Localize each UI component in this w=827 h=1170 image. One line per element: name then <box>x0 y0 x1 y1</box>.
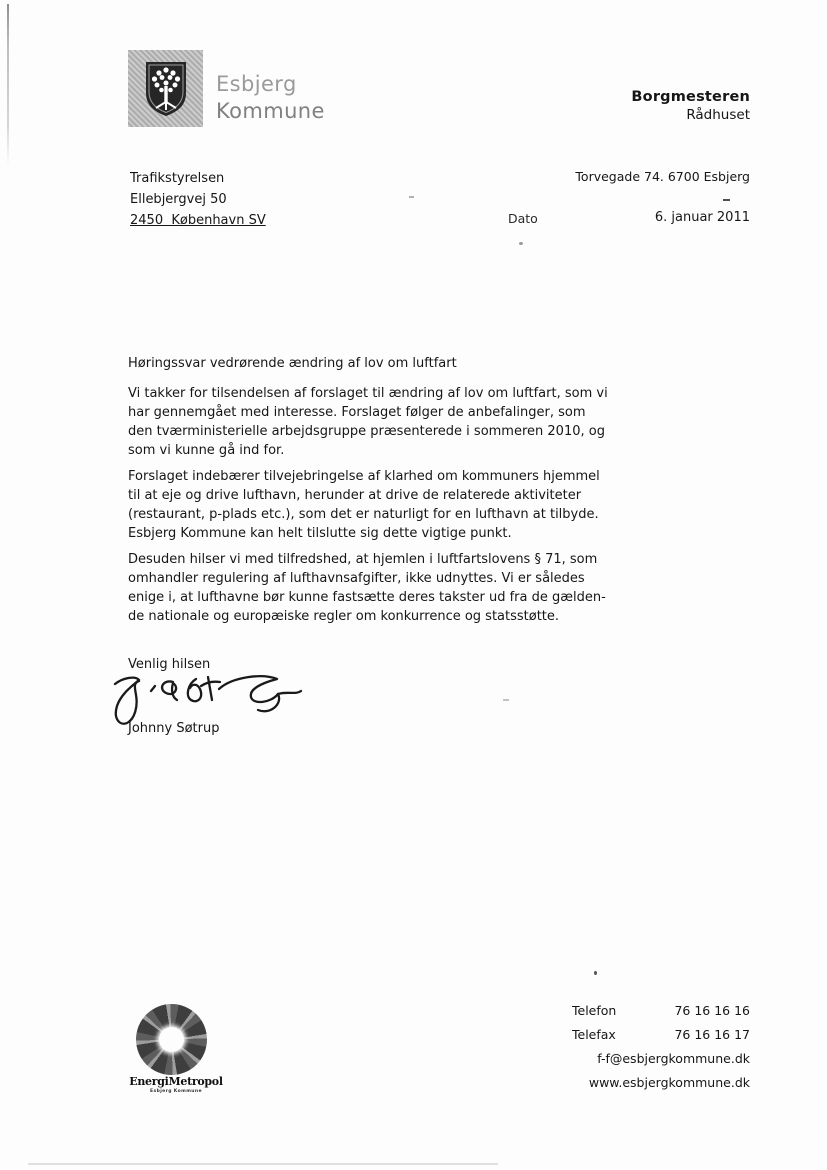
paragraph-1: Vi takker for tilsendelsen af forslaget … <box>128 384 728 460</box>
phone-value: 76 16 16 16 <box>674 1003 750 1018</box>
scan-artifact-speck <box>594 971 597 975</box>
fax-row: Telefax 76 16 16 17 <box>572 1027 750 1042</box>
esbjerg-coat-of-arms-icon <box>128 50 203 127</box>
date-value: 6. januar 2011 <box>655 210 750 225</box>
signer-name: Johnny Søtrup <box>128 721 219 736</box>
recipient-street: Ellebjergvej 50 <box>130 189 266 210</box>
scan-artifact-bottom-line <box>28 1163 498 1165</box>
scan-artifact-speck <box>409 196 414 198</box>
fax-value: 76 16 16 17 <box>674 1027 750 1042</box>
fax-label: Telefax <box>572 1027 616 1042</box>
wordmark-line1: Esbjerg <box>216 71 325 98</box>
phone-row: Telefon 76 16 16 16 <box>572 1003 750 1018</box>
energimetropol-logo-text: EnergiMetropol Esbjerg Kommune <box>126 1075 226 1094</box>
recipient-city: 2450 København SV <box>130 210 266 231</box>
office-header: Borgmesteren Rådhuset <box>631 89 750 123</box>
office-building: Rådhuset <box>631 107 750 123</box>
subject-line: Høringssvar vedrørende ændring af lov om… <box>128 356 457 371</box>
paragraph-2: Forslaget indebærer tilvejebringelse af … <box>128 467 728 543</box>
energimetropol-swirl-icon <box>136 1004 207 1075</box>
website-address: www.esbjergkommune.dk <box>572 1075 750 1090</box>
scan-artifact-speck <box>519 242 523 245</box>
phone-label: Telefon <box>572 1003 616 1018</box>
energimetropol-subtitle: Esbjerg Kommune <box>126 1089 226 1094</box>
footer-contact-block: Telefon 76 16 16 16 Telefax 76 16 16 17 … <box>572 1003 750 1099</box>
energimetropol-title: EnergiMetropol <box>126 1075 226 1088</box>
shield-tree-icon <box>143 60 189 118</box>
paragraph-3: Desuden hilser vi med tilfredshed, at hj… <box>128 550 728 626</box>
wordmark-line2: Kommune <box>216 98 325 125</box>
email-address: f-f@esbjergkommune.dk <box>572 1051 750 1066</box>
sender-address: Torvegade 74. 6700 Esbjerg <box>575 169 750 184</box>
recipient-address: Trafikstyrelsen Ellebjergvej 50 2450 Køb… <box>130 168 266 231</box>
closing-salutation: Venlig hilsen <box>128 657 210 672</box>
letter-body: Vi takker for tilsendelsen af forslaget … <box>128 384 728 633</box>
scan-artifact-left-line <box>7 4 9 166</box>
scan-artifact-dash <box>723 199 730 201</box>
scan-artifact-speck <box>503 699 509 701</box>
recipient-name: Trafikstyrelsen <box>130 168 266 189</box>
office-name: Borgmesteren <box>631 89 750 105</box>
scanned-letter-page: Esbjerg Kommune Borgmesteren Rådhuset Tr… <box>0 0 827 1170</box>
municipality-wordmark: Esbjerg Kommune <box>216 71 325 125</box>
date-label: Dato <box>508 211 538 226</box>
